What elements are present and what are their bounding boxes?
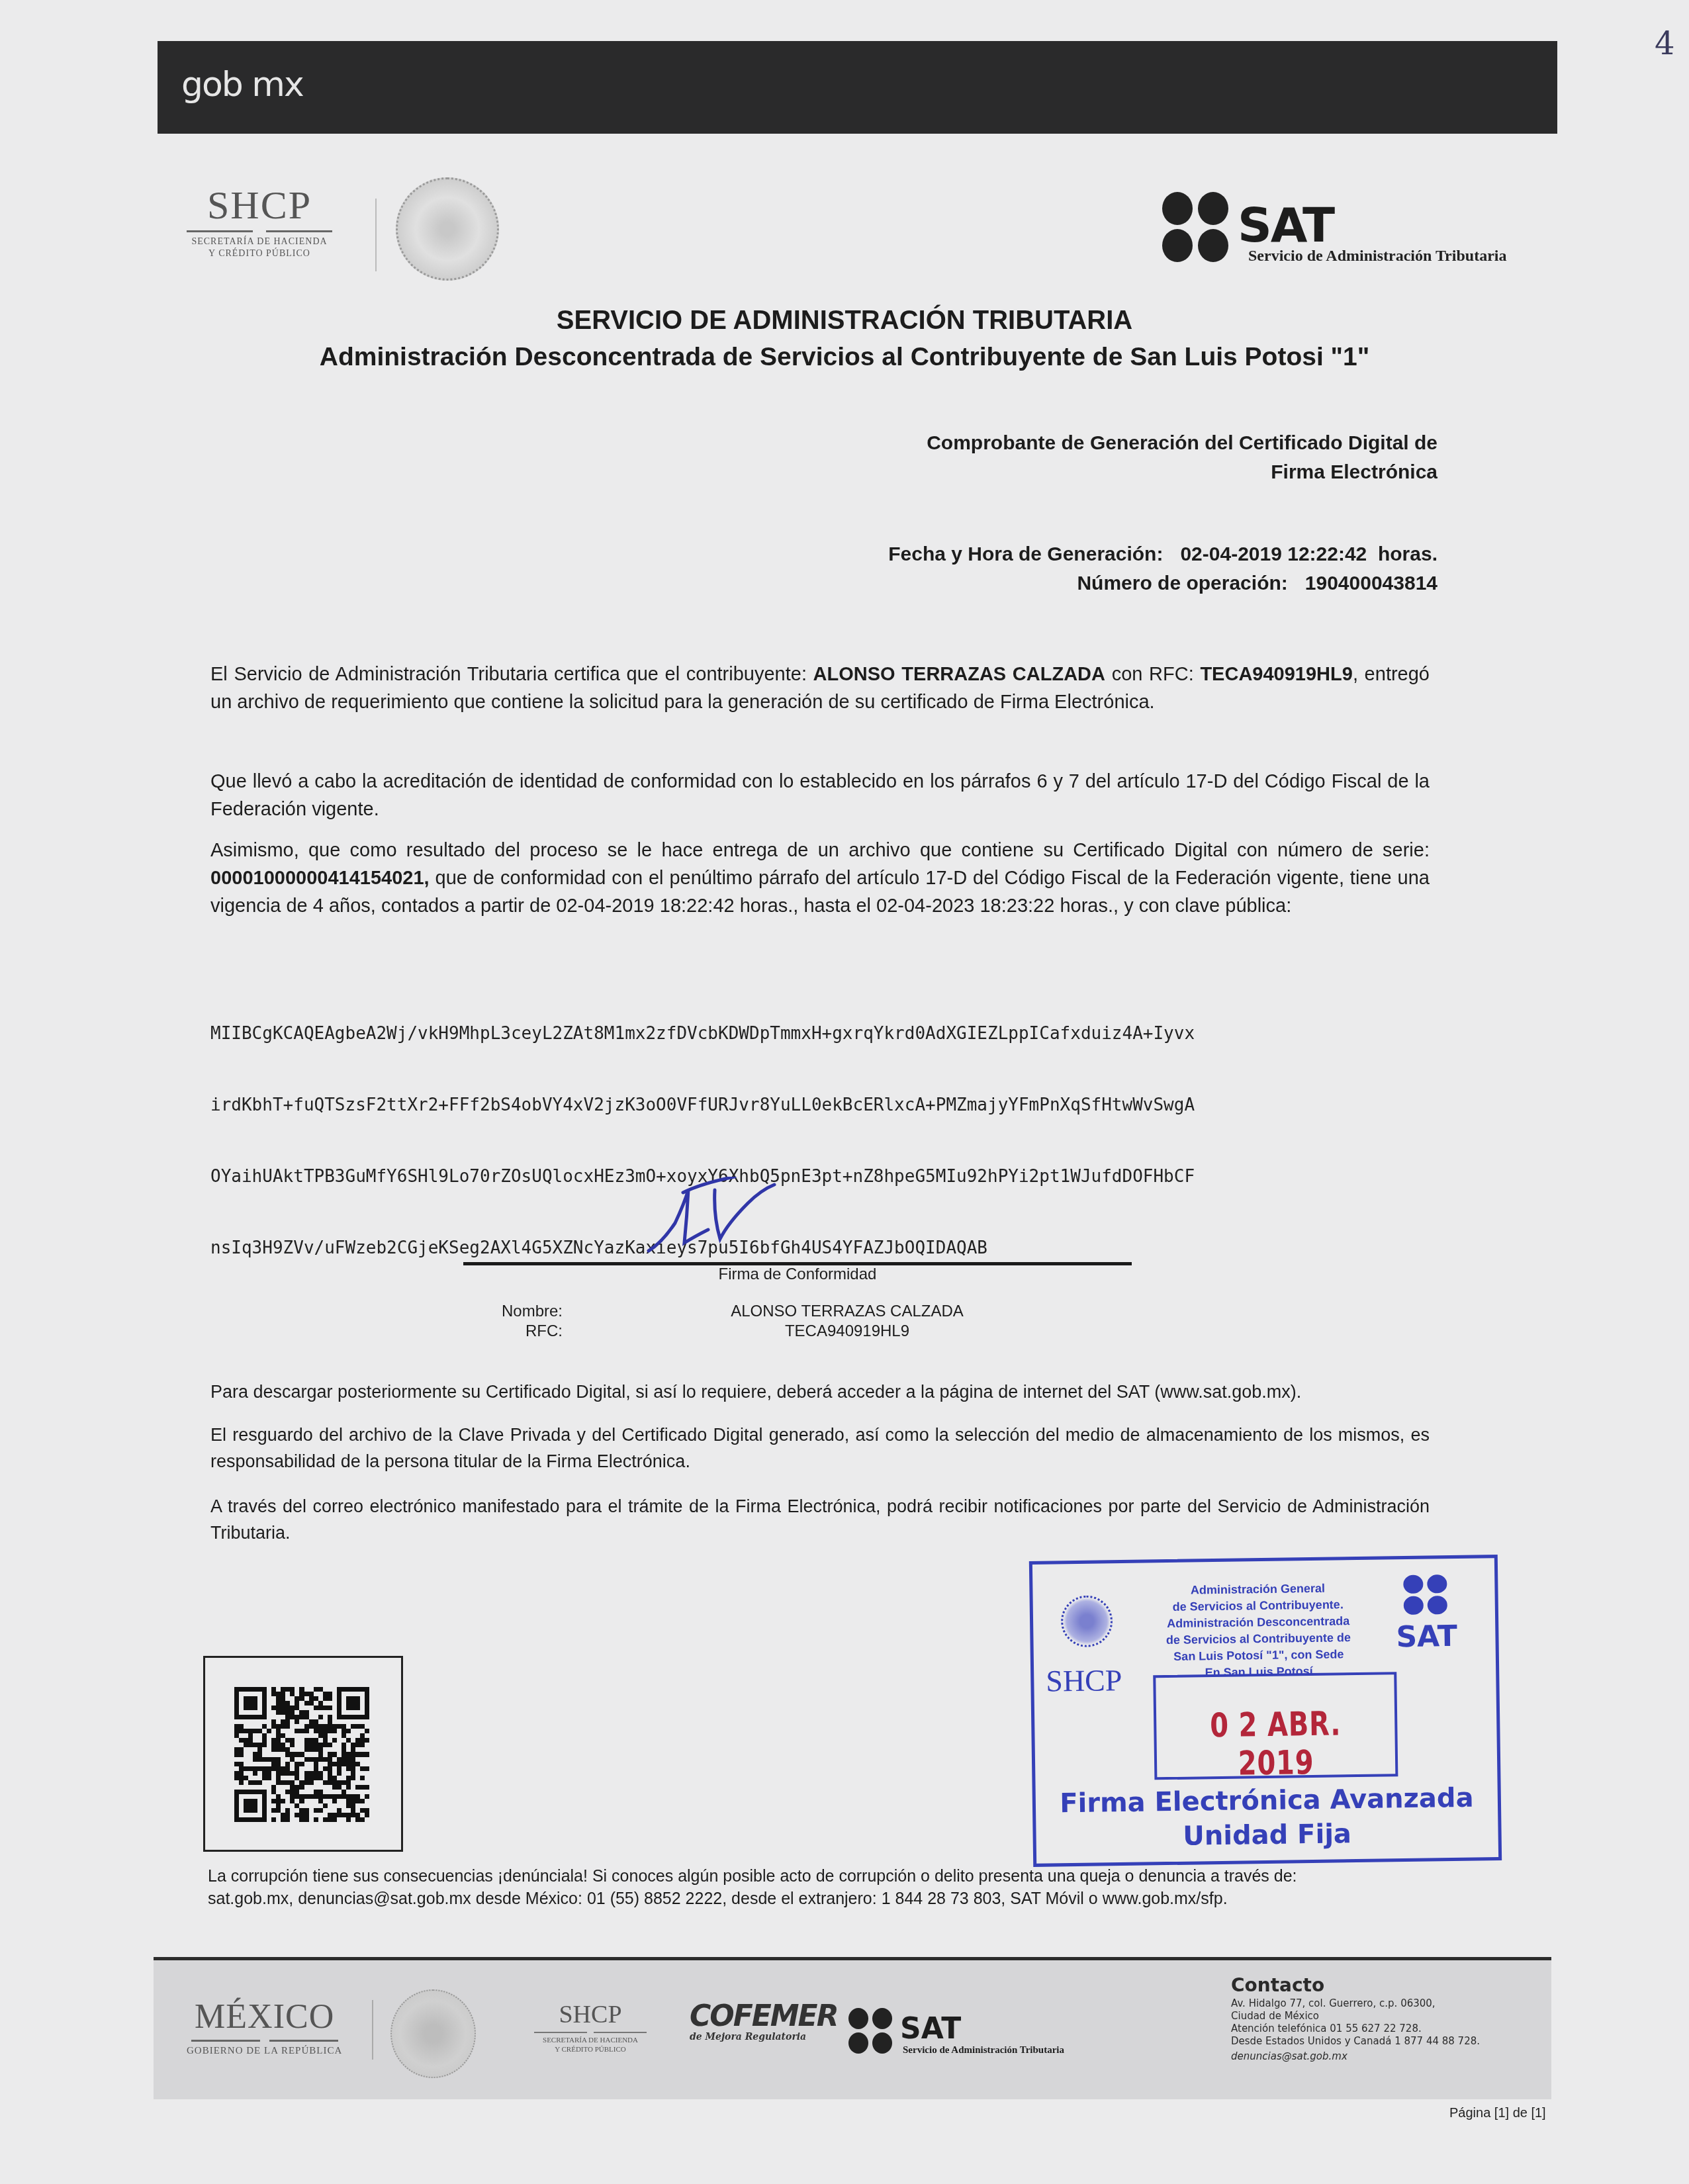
footer-divider: [372, 2000, 373, 2060]
sat-dots-icon: [1162, 192, 1234, 263]
footer-seal-icon: [390, 1989, 476, 2078]
certification-paragraph: El Servicio de Administración Tributaria…: [210, 660, 1430, 716]
logo-divider: [375, 199, 377, 271]
stamp-sat: SAT: [1396, 1619, 1457, 1654]
stamp-date: 0 2 ABR. 2019: [1180, 1704, 1372, 1784]
footer-sat-subtitle: Servicio de Administración Tributaria: [903, 2045, 1064, 2056]
p3-text-a: Asimismo, que como resultado del proceso…: [210, 840, 1430, 861]
page-subtitle: Administración Desconcentrada de Servici…: [0, 343, 1689, 372]
p3-text-d: horas., y con clave pública:: [1060, 895, 1291, 917]
shcp-logo-name: SHCP: [173, 185, 345, 225]
signature-values: ALONSO TERRAZAS CALZADA TECA940919HL9: [662, 1302, 1032, 1342]
page-indicator: Página [1] de [1]: [1449, 2106, 1546, 2121]
reception-stamp: SHCP Administración General de Servicios…: [1029, 1555, 1502, 1867]
receipt-meta: Fecha y Hora de Generación:02-04-2019 12…: [888, 540, 1438, 598]
certificate-paragraph: Asimismo, que como resultado del proceso…: [210, 837, 1430, 920]
public-key-line: MIIBCgKCAQEAgbeA2Wj/vkH9MhpL3ceyL2ZAt8M1…: [210, 1022, 1195, 1046]
handwritten-signature: [635, 1177, 814, 1256]
footer-cofemer-logo: COFEMER de Mejora Regulatoria: [690, 2001, 809, 2042]
serial-number: 00001000000414154021,: [210, 868, 430, 889]
footer-sat-dots-icon: [848, 2008, 893, 2054]
handwritten-page-number: 4: [1655, 25, 1675, 62]
qr-code-icon: [234, 1687, 369, 1822]
signature-name-value: ALONSO TERRAZAS CALZADA: [662, 1302, 1032, 1322]
shcp-logo-line1: SECRETARÍA DE HACIENDA: [173, 236, 345, 248]
sat-logo-subtitle: Servicio de Administración Tributaria: [1248, 248, 1506, 265]
p1-text-a: El Servicio de Administración Tributaria…: [210, 664, 807, 685]
footer-mexico-subtitle: GOBIERNO DE LA REPÚBLICA: [187, 2046, 342, 2057]
signature-rfc-label: RFC:: [430, 1322, 563, 1342]
signature-label: Firma de Conformidad: [463, 1265, 1132, 1284]
receipt-title: Comprobante de Generación del Certificad…: [927, 429, 1438, 487]
signature-rfc-value: TECA940919HL9: [662, 1322, 1032, 1342]
receipt-title-line1: Comprobante de Generación del Certificad…: [927, 429, 1438, 458]
contact-heading: Contacto: [1231, 1974, 1549, 1997]
stamp-agency: Administración General de Servicios al C…: [1145, 1580, 1371, 1682]
stamp-date-box: 0 2 ABR. 2019: [1153, 1672, 1398, 1780]
taxpayer-rfc: TECA940919HL9: [1200, 664, 1353, 685]
stamp-agency-line: San Luis Potosí "1", con Sede: [1146, 1646, 1371, 1666]
note-custody: El resguardo del archivo de la Clave Pri…: [210, 1422, 1430, 1475]
corruption-notice-line2: sat.gob.mx, denuncias@sat.gob.mx desde M…: [208, 1888, 1439, 1910]
shcp-logo-rule: [173, 230, 345, 232]
public-key-line: irdKbhT+fuQTSzsF2ttXr2+FFf2bS4obVY4xV2jz…: [210, 1093, 1195, 1117]
generation-datetime: Fecha y Hora de Generación:02-04-2019 12…: [888, 540, 1438, 569]
contact-email-link[interactable]: denuncias@sat.gob.mx: [1231, 2050, 1549, 2063]
footer-sat-name: SAT: [900, 2015, 961, 2044]
footer-shcp-line1: SECRETARÍA DE HACIENDA: [524, 2036, 657, 2045]
signature-field-labels: Nombre: RFC:: [430, 1302, 563, 1342]
generation-datetime-value: 02-04-2019 12:22:42: [1180, 543, 1367, 565]
stamp-shcp: SHCP: [1046, 1662, 1122, 1699]
stamp-caption-line1: Firma Electrónica Avanzada: [1036, 1780, 1498, 1821]
valid-to: 02-04-2023 18:23:22: [876, 895, 1054, 917]
footer-mexico-logo: MÉXICO GOBIERNO DE LA REPÚBLICA: [187, 2000, 342, 2057]
shcp-logo-line2: Y CRÉDITO PÚBLICO: [173, 248, 345, 260]
gobmx-header-bar: gob mx: [158, 41, 1557, 134]
note-notifications: A través del correo electrónico manifest…: [210, 1493, 1430, 1546]
contact-line: Desde Estados Unidos y Canadá 1 877 44 8…: [1231, 2035, 1549, 2048]
footer-shcp-name: SHCP: [524, 2001, 657, 2028]
sat-logo: SAT Servicio de Administración Tributari…: [1162, 192, 1559, 271]
shcp-logo: SHCP SECRETARÍA DE HACIENDA Y CRÉDITO PÚ…: [173, 185, 345, 260]
national-seal-icon: [396, 177, 499, 281]
operation-number: Número de operación:190400043814: [888, 569, 1438, 598]
stamp-caption: Firma Electrónica Avanzada Unidad Fija: [1036, 1780, 1498, 1856]
footer-cofemer-subtitle: de Mejora Regulatoria: [690, 2032, 809, 2042]
qr-code-frame: [203, 1656, 403, 1852]
stamp-seal-icon: [1061, 1595, 1113, 1647]
p1-text-b: con RFC:: [1112, 664, 1194, 685]
footer-mexico-name: MÉXICO: [187, 2000, 342, 2034]
footer-shcp-logo: SHCP SECRETARÍA DE HACIENDA Y CRÉDITO PÚ…: [524, 2001, 657, 2054]
corruption-notice-line1: La corrupción tiene sus consecuencias ¡d…: [208, 1865, 1439, 1888]
contact-line: Av. Hidalgo 77, col. Guerrero, c.p. 0630…: [1231, 1997, 1549, 2010]
footer-sat-logo: SAT Servicio de Administración Tributari…: [848, 2008, 1126, 2061]
contact-line: Atención telefónica 01 55 627 22 728.: [1231, 2023, 1549, 2035]
corruption-notice: La corrupción tiene sus consecuencias ¡d…: [208, 1865, 1439, 1910]
footer-shcp-line2: Y CRÉDITO PÚBLICO: [524, 2045, 657, 2054]
generation-datetime-label: Fecha y Hora de Generación:: [888, 543, 1163, 565]
valid-from: 02-04-2019 18:22:42: [556, 895, 734, 917]
signature-name-label: Nombre:: [430, 1302, 563, 1322]
taxpayer-name: ALONSO TERRAZAS CALZADA: [813, 664, 1105, 685]
p3-text-c: horas., hasta el: [740, 895, 871, 917]
sat-logo-name: SAT: [1238, 201, 1334, 249]
identity-paragraph: Que llevó a cabo la acreditación de iden…: [210, 768, 1430, 823]
page-title: SERVICIO DE ADMINISTRACIÓN TRIBUTARIA: [0, 306, 1689, 336]
contact-line: Ciudad de México: [1231, 2010, 1549, 2023]
note-download: Para descargar posteriormente su Certifi…: [210, 1378, 1430, 1406]
gobmx-logo: gob mx: [181, 65, 303, 105]
footer-contact: Contacto Av. Hidalgo 77, col. Guerrero, …: [1231, 1974, 1549, 2063]
footer-cofemer-name: COFEMER: [690, 2001, 809, 2032]
receipt-title-line2: Firma Electrónica: [927, 458, 1438, 487]
stamp-sat-dots-icon: [1403, 1574, 1450, 1615]
operation-number-value: 190400043814: [1305, 572, 1438, 594]
operation-number-label: Número de operación:: [1077, 572, 1287, 594]
generation-datetime-suffix: horas.: [1378, 543, 1438, 565]
footer: MÉXICO GOBIERNO DE LA REPÚBLICA SHCP SEC…: [154, 1960, 1551, 2099]
stamp-caption-line2: Unidad Fija: [1036, 1815, 1498, 1856]
